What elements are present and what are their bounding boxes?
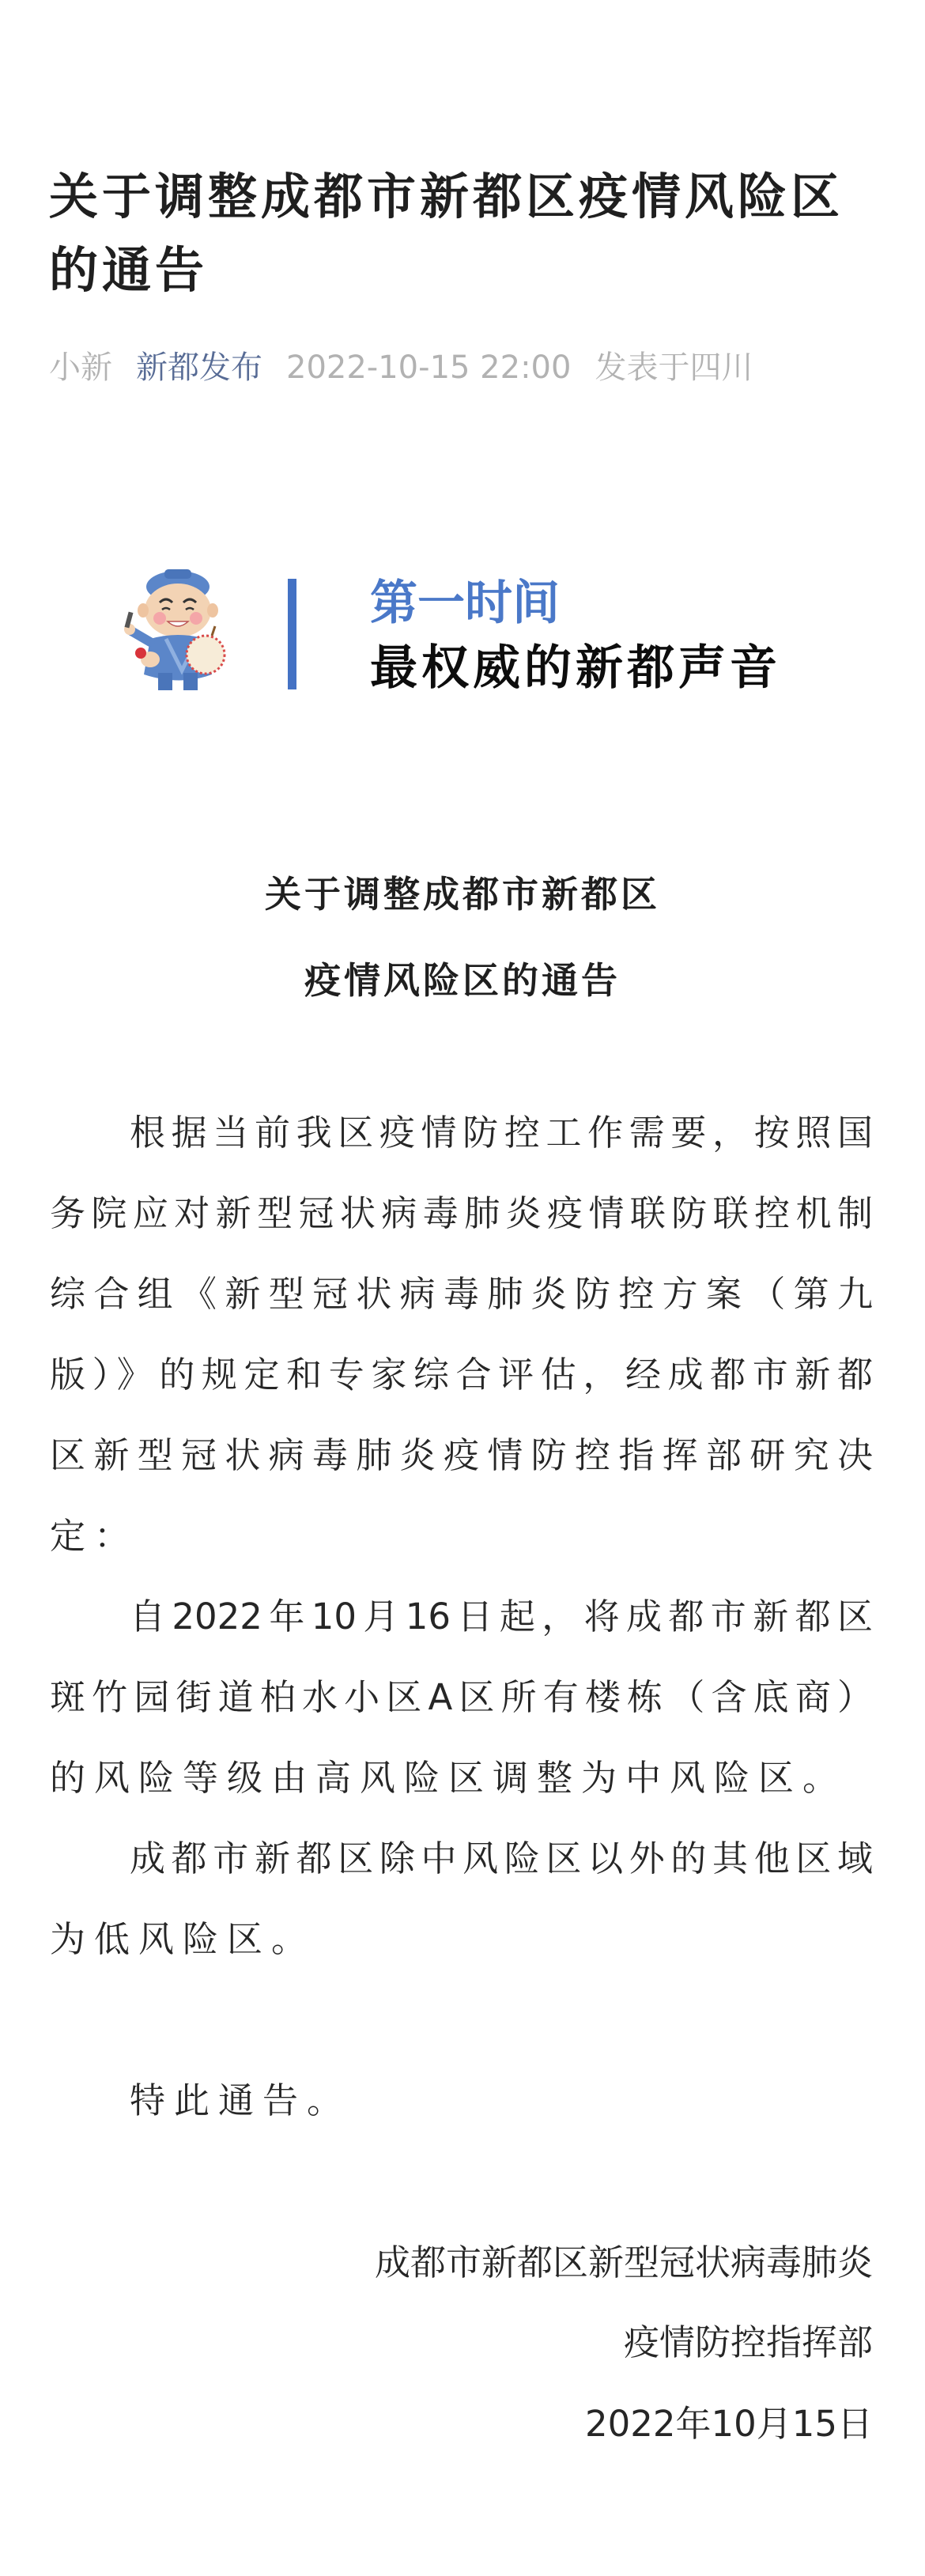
article-title-line-2: 的通告 [49,246,208,295]
author-name: 小新 [49,349,112,386]
paragraph-2-line: 斑竹园街道柏水小区A区所有楼栋（含底商） [50,1675,873,1720]
closing-statement: 特此通告。 [130,2079,873,2123]
paragraph-1-line: 务院应对新型冠状病毒肺炎疫情联防联控机制 [50,1192,873,1236]
signature-org-line-1: 成都市新都区新型冠状病毒肺炎 [375,2241,873,2285]
banner-divider [288,579,296,689]
paragraph-1-line: 定： [50,1514,873,1558]
paragraph-3-line: 成都市新都区除中风险区以外的其他区域 [130,1837,873,1881]
signature-org-line-2: 疫情防控指挥部 [624,2321,873,2365]
banner-slogan-line-1: 第一时间 [370,576,560,631]
paragraph-1-line: 区新型冠状病毒肺炎疫情防控指挥部研究决 [50,1433,873,1478]
paragraph-2-line: 的风险等级由高风险区调整为中风险区。 [50,1756,873,1800]
account-name-link[interactable]: 新都发布 [136,349,262,386]
paragraph-1-line: 综合组《新型冠状病毒肺炎防控方案（第九 [50,1272,873,1316]
notice-subtitle-line-2: 疫情风险区的通告 [0,958,925,1003]
publish-datetime: 2022-10-15 22:00 [286,349,571,386]
paragraph-1-line: 根据当前我区疫情防控工作需要，按照国 [130,1111,873,1155]
banner-slogan-line-2: 最权威的新都声音 [370,640,781,696]
publish-location: 发表于四川 [595,349,753,386]
paragraph-1-line: 版）》的规定和专家综合评估，经成都市新都 [50,1353,873,1397]
paragraph-3-line: 为低风险区。 [50,1917,873,1962]
article-title-line-1: 关于调整成都市新都区疫情风险区 [49,172,844,221]
article-meta: 小新新都发布2022-10-15 22:00发表于四川 [49,349,753,387]
signature-date: 2022年10月15日 [585,2402,873,2446]
mascot-illustration-icon [119,566,236,696]
notice-subtitle-line-1: 关于调整成都市新都区 [0,872,925,916]
paragraph-2-line: 自2022年10月16日起，将成都市新都区 [130,1595,873,1639]
